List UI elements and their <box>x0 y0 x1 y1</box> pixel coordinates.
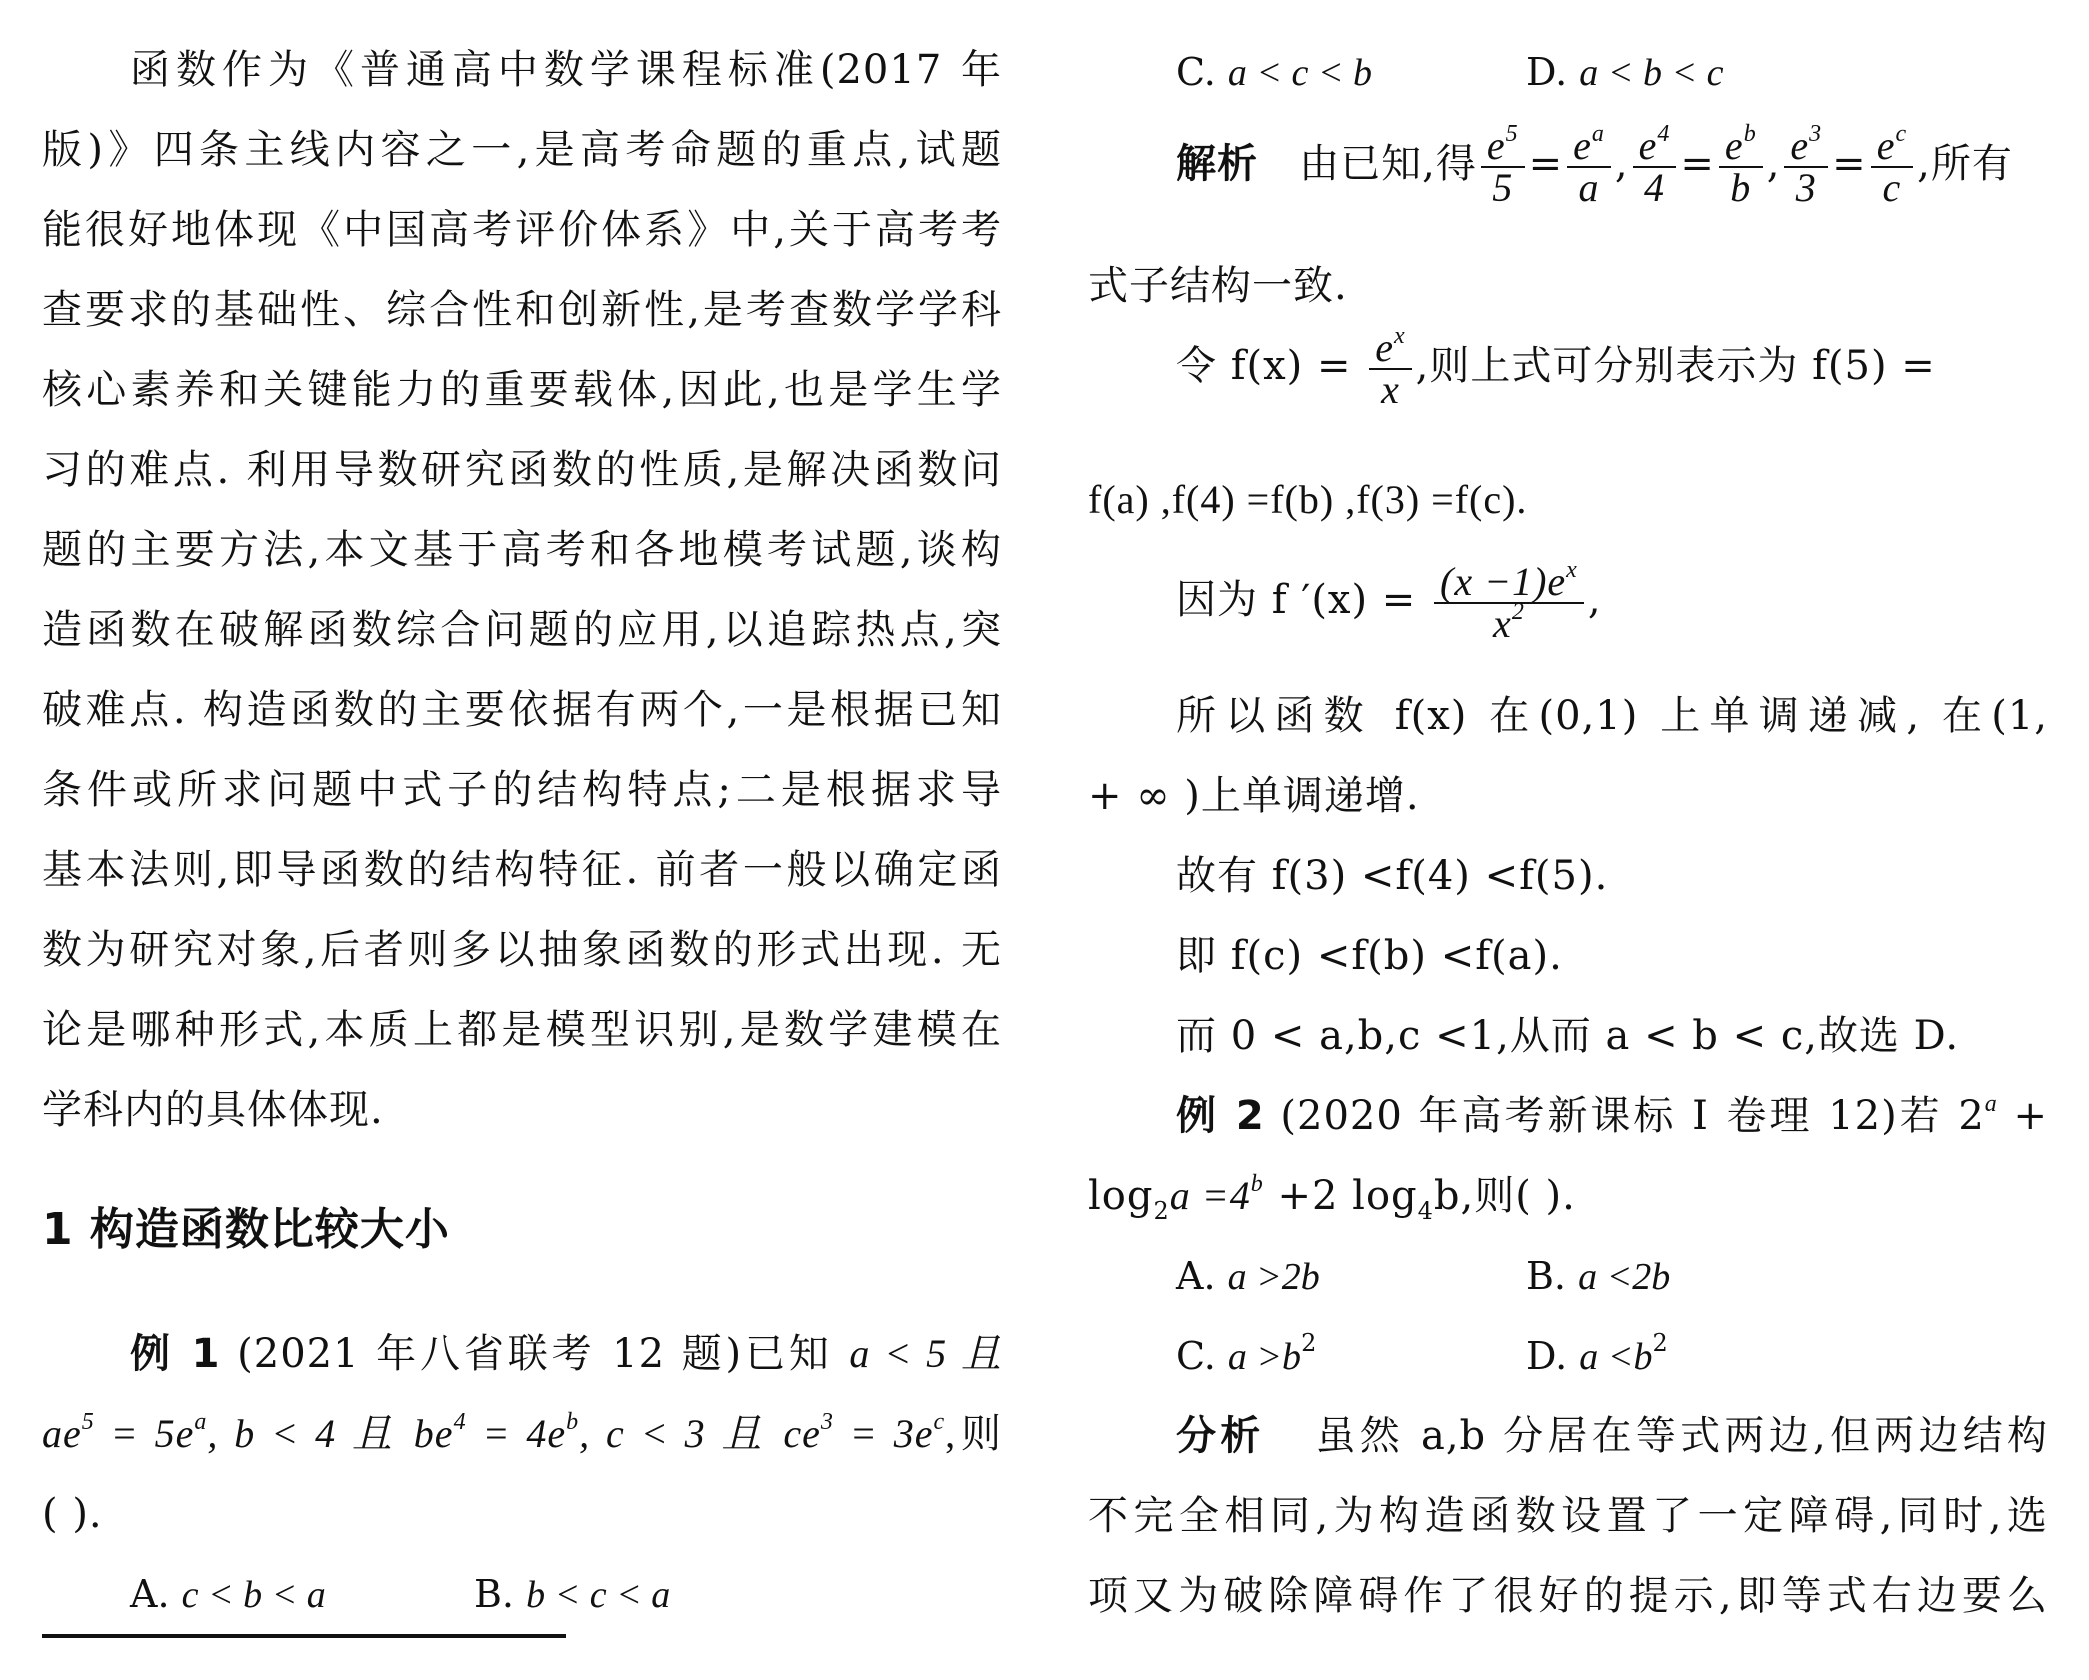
subscript: 4 <box>1418 1197 1434 1225</box>
mapping-line: f(a) ,f(4) =f(b) ,f(3) =f(c). <box>1088 476 2048 524</box>
option-text: a <2b <box>1578 1256 1670 1298</box>
intro-line: 题的主要方法,本文基于高考和各地模考试题,谈构 <box>42 526 1002 574</box>
superscript: b <box>1251 1171 1264 1197</box>
math-text: , b < 4 且 be <box>207 1411 453 1456</box>
option-text: a <b <box>1579 1336 1652 1378</box>
option-c: C. a < c < b <box>1176 48 1372 97</box>
solution-tail: ,所有 <box>1917 141 2013 187</box>
superscript: 4 <box>454 1409 467 1435</box>
superscript: 3 <box>821 1409 834 1435</box>
math-text: = 3e <box>834 1411 934 1456</box>
fraction: exx <box>1369 328 1411 410</box>
math-text: ae <box>42 1411 82 1456</box>
option-text: a >2b <box>1228 1256 1320 1298</box>
math-text: , <box>1588 577 1602 623</box>
intro-line: 论是哪种形式,本质上都是模型识别,是数学建模在 <box>42 1006 1002 1054</box>
fraction: e33 <box>1784 126 1828 208</box>
example-label: 例 2 <box>1176 1093 1265 1139</box>
superscript: b <box>566 1409 579 1435</box>
option-c: C. a >b2 <box>1176 1332 1316 1381</box>
let-function-line: 令 f(x) = exx,则上式可分别表示为 f(5) = <box>1088 316 2048 416</box>
intro-line: 破难点. 构造函数的主要依据有两个,一是根据已知 <box>42 686 1002 734</box>
analysis-text: 虽然 a,b 分居在等式两边,但两边结构 <box>1315 1413 2048 1459</box>
math-text: 因为 f ′(x) = <box>1176 577 1430 623</box>
intro-line: 条件或所求问题中式子的结构特点;二是根据求导 <box>42 766 1002 814</box>
fraction: eaa <box>1567 126 1611 208</box>
superscript: a <box>194 1409 207 1435</box>
solution-1-line-1: 解析 由已知,得e55=eaa,e44=ebb,e33=ecc,所有 <box>1088 114 2048 214</box>
answer-blank: ( ). <box>42 1490 1002 1538</box>
example-1-line-2: ae5 = 5ea, b < 4 且 be4 = 4eb, c < 3 且 ce… <box>42 1410 1002 1458</box>
example-2-line-2: log2a =4b +2 log4b,则( ). <box>1088 1172 2048 1220</box>
monotonic-line-2: + ∞ )上单调递增. <box>1088 772 2048 820</box>
analysis-line-1: 分析 虽然 a,b 分居在等式两边,但两边结构 <box>1088 1412 2048 1460</box>
option-b: B. a <2b <box>1526 1252 1670 1301</box>
example-source: (2021 年八省联考 12 题)已知 <box>237 1331 833 1377</box>
superscript: a <box>1985 1091 1998 1117</box>
option-text: a >b <box>1228 1336 1301 1378</box>
conclusion-line: 而 0 < a,b,c <1,从而 a < b < c,故选 D. <box>1088 1012 2048 1060</box>
fraction: (x −1)exx2 <box>1434 562 1584 644</box>
math-text: , c < 3 且 ce <box>579 1411 821 1456</box>
solution-lead: 由已知,得 <box>1299 141 1477 187</box>
option-letter: B. <box>1526 1254 1566 1298</box>
fraction: e55 <box>1481 126 1525 208</box>
math-text: 令 f(x) = <box>1176 343 1365 389</box>
intro-line: 函数作为《普通高中数学课程标准(2017 年 <box>42 46 1002 94</box>
option-a: A. a >2b <box>1176 1252 1320 1301</box>
math-text: = 5e <box>95 1411 195 1456</box>
example-condition: a < 5 且 <box>849 1331 1002 1376</box>
fraction: ecc <box>1871 126 1913 208</box>
analysis-line-2: 不完全相同,为构造函数设置了一定障碍,同时,选 <box>1088 1492 2048 1540</box>
analysis-label: 分析 <box>1176 1413 1265 1459</box>
footnote-divider <box>42 1634 566 1638</box>
section-heading: 1 构造函数比较大小 <box>42 1206 1002 1254</box>
option-letter: D. <box>1526 1334 1567 1378</box>
math-text: ,则 <box>945 1411 1002 1456</box>
example-2-line-1: 例 2 (2020 年高考新课标 Ⅰ 卷理 12)若 2a + <box>1088 1092 2048 1140</box>
math-text: b,则( ). <box>1434 1173 1576 1219</box>
intro-line: 核心素养和关键能力的重要载体,因此,也是学生学 <box>42 366 1002 414</box>
option-letter: A. <box>1176 1254 1216 1298</box>
monotonic-line-1: 所以函数 f(x) 在(0,1) 上单调递减, 在(1, <box>1088 692 2048 740</box>
math-text: = 4e <box>467 1411 567 1456</box>
example-1-line-1: 例 1 (2021 年八省联考 12 题)已知 a < 5 且 <box>42 1330 1002 1378</box>
intro-line: 查要求的基础性、综合性和创新性,是考查数学学科 <box>42 286 1002 334</box>
superscript: 2 <box>1652 1329 1667 1357</box>
fraction: ebb <box>1719 126 1763 208</box>
math-text: ,则上式可分别表示为 f(5) = <box>1416 343 1936 389</box>
option-text: c < b < a <box>182 1574 326 1616</box>
intro-line: 版)》四条主线内容之一,是高考命题的重点,试题 <box>42 126 1002 174</box>
option-letter: B. <box>474 1572 514 1616</box>
intro-line: 数为研究对象,后者则多以抽象函数的形式出现. 无 <box>42 926 1002 974</box>
intro-line: 造函数在破解函数综合问题的应用,以追踪热点,突 <box>42 606 1002 654</box>
option-letter: C. <box>1176 50 1216 94</box>
option-text: b < c < a <box>526 1574 670 1616</box>
solution-1-line-2: 式子结构一致. <box>1088 262 2048 310</box>
option-text: a < c < b <box>1228 52 1372 94</box>
option-text: a < b < c <box>1579 52 1723 94</box>
derivative-line: 因为 f ′(x) = (x −1)exx2, <box>1088 550 2048 650</box>
option-d: D. a < b < c <box>1526 48 1723 97</box>
order-line-2: 即 f(c) <f(b) <f(a). <box>1088 932 2048 980</box>
solution-label: 解析 <box>1176 141 1258 187</box>
option-letter: C. <box>1176 1334 1216 1378</box>
option-d: D. a <b2 <box>1526 1332 1668 1381</box>
option-letter: A. <box>130 1572 170 1616</box>
intro-line: 学科内的具体体现. <box>42 1086 1002 1134</box>
example-source: (2020 年高考新课标 Ⅰ 卷理 12)若 2 <box>1280 1093 1984 1139</box>
math-text: a =4 <box>1170 1173 1251 1218</box>
option-b: B. b < c < a <box>474 1570 670 1619</box>
superscript: 5 <box>82 1409 95 1435</box>
intro-line: 基本法则,即导函数的结构特征. 前者一般以确定函 <box>42 846 1002 894</box>
option-letter: D. <box>1526 50 1567 94</box>
analysis-line-3: 项又为破除障碍作了很好的提示,即等式右边要么 <box>1088 1572 2048 1620</box>
example-label: 例 1 <box>130 1331 221 1377</box>
fraction: e44 <box>1633 126 1677 208</box>
math-text: log <box>1088 1173 1153 1219</box>
intro-line: 习的难点. 利用导数研究函数的性质,是解决函数问 <box>42 446 1002 494</box>
intro-line: 能很好地体现《中国高考评价体系》中,关于高考考 <box>42 206 1002 254</box>
subscript: 2 <box>1153 1197 1169 1225</box>
math-text: + <box>1998 1093 2048 1139</box>
superscript: c <box>933 1409 945 1435</box>
option-a: A. c < b < a <box>130 1570 326 1619</box>
order-line-1: 故有 f(3) <f(4) <f(5). <box>1088 852 2048 900</box>
superscript: 2 <box>1301 1329 1316 1357</box>
math-text: +2 log <box>1264 1173 1418 1219</box>
